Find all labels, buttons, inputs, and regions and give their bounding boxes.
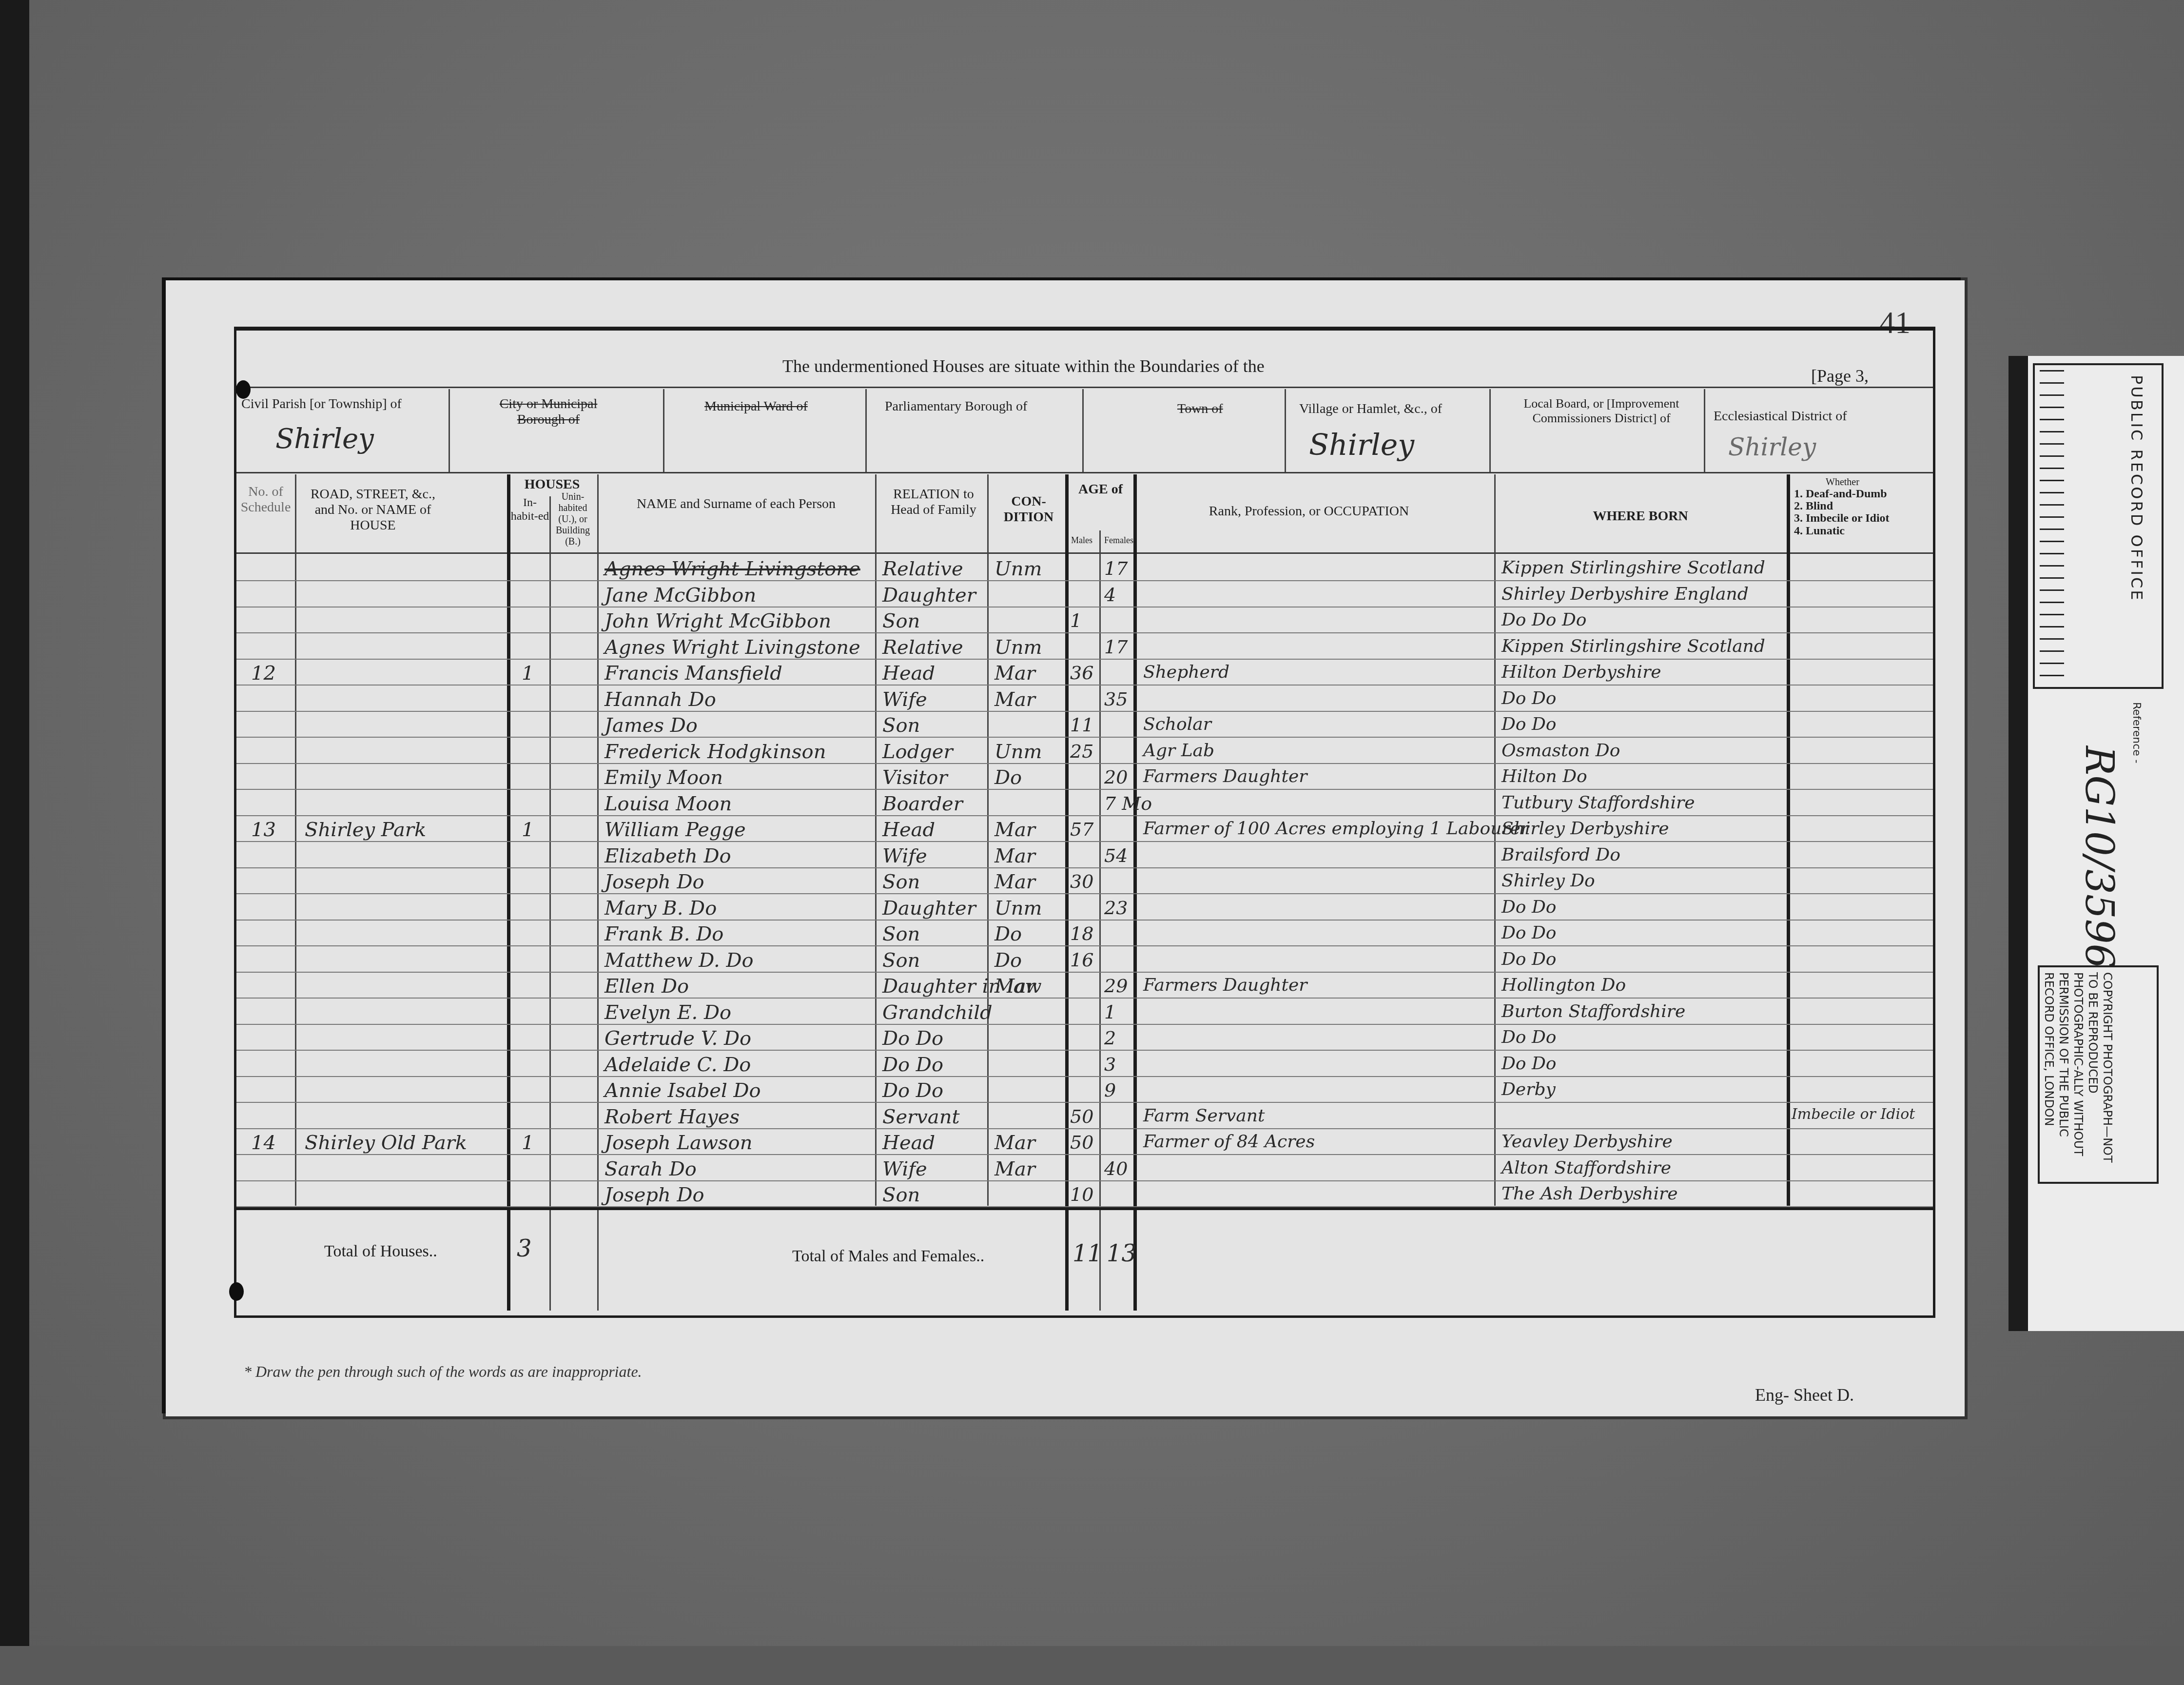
copyright-box: COPYRIGHT PHOTOGRAPH—NOT TO BE REPRODUCE… xyxy=(2038,965,2159,1184)
cell-inhabited: 1 xyxy=(522,662,534,685)
cell-male: 50 xyxy=(1070,1106,1093,1127)
cell-born: Derby xyxy=(1501,1079,1556,1099)
table-row: Matthew D. DoSonDo16Do Do xyxy=(236,946,1933,972)
page-label: [Page 3, xyxy=(1811,366,1869,386)
infirmity-item: 1. Deaf-and-Dumb xyxy=(1794,488,1890,500)
cell-female: 3 xyxy=(1104,1054,1116,1075)
cell-born: Hilton Derbyshire xyxy=(1501,662,1661,682)
census-rows: Agnes Wright LivingstoneRelativeUnm17Kip… xyxy=(236,555,1933,1208)
cell-name: Emily Moon xyxy=(604,766,723,789)
film-edge xyxy=(0,0,29,1685)
scale-box: PUBLIC RECORD OFFICE xyxy=(2033,363,2164,689)
table-row: Elizabeth DoWifeMar54Brailsford Do xyxy=(236,842,1933,867)
boundary-label-town: Town of xyxy=(1177,401,1223,417)
ruler-icon xyxy=(2040,370,2064,677)
infirmity-item: 4. Lunatic xyxy=(1794,525,1890,537)
card-title: PUBLIC RECORD OFFICE xyxy=(2127,375,2146,602)
cell-female: 29 xyxy=(1104,975,1128,997)
total-males-value: 11 xyxy=(1072,1240,1102,1267)
cell-occupation: Farm Servant xyxy=(1143,1106,1265,1126)
sheet-id: Eng- Sheet D. xyxy=(1755,1385,1854,1405)
cell-name: Francis Mansfield xyxy=(604,662,782,685)
cell-schedule: 13 xyxy=(251,819,276,841)
cell-relation: Relative xyxy=(882,636,963,659)
col-road: ROAD, STREET, &c., and No. or NAME of HO… xyxy=(300,487,446,534)
table-row: Gertrude V. DoDo Do2Do Do xyxy=(236,1024,1933,1050)
cell-schedule: 12 xyxy=(251,662,276,685)
table-row: Mary B. DoDaughterUnm23Do Do xyxy=(236,894,1933,920)
cell-born: Shirley Derbyshire xyxy=(1501,819,1669,839)
cell-relation: Head xyxy=(882,662,935,685)
cell-born: Yeavley Derbyshire xyxy=(1501,1132,1673,1152)
cell-born: Do Do xyxy=(1501,1054,1557,1074)
cell-female: 4 xyxy=(1104,584,1116,606)
table-row: Evelyn E. DoGrandchild1Burton Staffordsh… xyxy=(236,999,1933,1024)
cell-name: Joseph Do xyxy=(604,871,704,893)
cell-name: Annie Isabel Do xyxy=(604,1079,761,1102)
col-houses: HOUSES xyxy=(512,477,592,492)
cell-name: Joseph Do xyxy=(604,1184,704,1206)
table-row: Emily MoonVisitorDo20Farmers DaughterHil… xyxy=(236,764,1933,789)
cell-occupation: Farmer of 100 Acres employing 1 Labourer xyxy=(1143,819,1529,839)
table-row: Sarah DoWifeMar40Alton Staffordshire xyxy=(236,1155,1933,1180)
cell-born: Burton Staffordshire xyxy=(1501,1001,1685,1021)
cell-condition: Mar xyxy=(994,662,1035,685)
table-row: Joseph DoSonMar30Shirley Do xyxy=(236,868,1933,893)
title-line: The undermentioned Houses are situate wi… xyxy=(782,356,1265,376)
boundary-label-municipal-borough: City or Municipal Borough of xyxy=(475,396,622,428)
boundary-label-municipal-ward: Municipal Ward of xyxy=(704,399,808,414)
cell-condition: Mar xyxy=(994,871,1035,893)
cell-relation: Son xyxy=(882,610,920,632)
cell-female: 54 xyxy=(1104,845,1128,866)
cell-female: 35 xyxy=(1104,688,1128,710)
cell-relation: Visitor xyxy=(882,766,948,789)
cell-born: Kippen Stirlingshire Scotland xyxy=(1501,558,1765,578)
divider xyxy=(236,1207,1933,1210)
cell-male: 16 xyxy=(1070,949,1093,971)
cell-female: 20 xyxy=(1104,766,1128,788)
footnote: * Draw the pen through such of the words… xyxy=(244,1363,642,1381)
boundary-value-civil-parish: Shirley xyxy=(275,423,374,455)
boundary-value-village: Shirley xyxy=(1309,428,1414,462)
cell-female: 2 xyxy=(1104,1027,1116,1049)
cell-condition: Mar xyxy=(994,819,1035,841)
cell-relation: Son xyxy=(882,714,920,737)
cell-schedule: 14 xyxy=(251,1132,276,1154)
cell-road: Shirley Park xyxy=(305,819,426,841)
cell-name: Mary B. Do xyxy=(604,897,717,920)
cell-name: Sarah Do xyxy=(604,1158,697,1180)
cell-inhabited: 1 xyxy=(522,1132,534,1154)
punch-hole xyxy=(229,1282,244,1301)
table-row: Adelaide C. DoDo Do3Do Do xyxy=(236,1051,1933,1076)
cell-relation: Relative xyxy=(882,558,963,580)
table-row: Frank B. DoSonDo18Do Do xyxy=(236,920,1933,945)
cell-female: 1 xyxy=(1104,1001,1116,1023)
table-row: 13Shirley Park1William PeggeHeadMar57Far… xyxy=(236,816,1933,841)
cell-relation: Do Do xyxy=(882,1079,943,1102)
cell-female: 7 Mo xyxy=(1104,793,1152,814)
cell-occupation: Farmers Daughter xyxy=(1143,975,1307,995)
cell-born: The Ash Derbyshire xyxy=(1501,1184,1678,1204)
cell-relation: Boarder xyxy=(882,793,963,815)
table-row: 121Francis MansfieldHeadMar36ShepherdHil… xyxy=(236,659,1933,685)
cell-relation: Head xyxy=(882,819,935,841)
col-males: Males xyxy=(1071,535,1092,546)
col-name: NAME and Surname of each Person xyxy=(600,496,873,512)
cell-condition: Mar xyxy=(994,688,1035,711)
cell-born: Tutbury Staffordshire xyxy=(1501,793,1695,813)
cell-road: Shirley Old Park xyxy=(305,1132,467,1154)
boundary-label-civil-parish: Civil Parish [or Township] of xyxy=(241,396,402,412)
col-inhabited: In-habit-ed xyxy=(510,496,549,523)
cell-male: 30 xyxy=(1070,871,1093,892)
cell-female: 17 xyxy=(1104,558,1128,579)
cell-name: William Pegge xyxy=(604,819,746,841)
boundary-label-local-board: Local Board, or [Improvement Commissione… xyxy=(1499,396,1704,426)
cell-relation: Head xyxy=(882,1132,935,1154)
cell-male: 1 xyxy=(1070,610,1082,631)
divider xyxy=(236,552,1933,554)
table-row: James DoSon11ScholarDo Do xyxy=(236,711,1933,737)
divider xyxy=(1704,389,1705,472)
col-females: Females xyxy=(1104,535,1133,546)
census-form: The undermentioned Houses are situate wi… xyxy=(234,327,1935,1318)
cell-condition: Mar xyxy=(994,1132,1035,1154)
cell-name: Jane McGibbon xyxy=(604,584,756,607)
infirmity-item: 3. Imbecile or Idiot xyxy=(1794,512,1890,525)
table-row: Annie Isabel DoDo Do9Derby xyxy=(236,1077,1933,1102)
cell-born: Brailsford Do xyxy=(1501,845,1620,865)
col-relation: RELATION to Head of Family xyxy=(880,487,987,518)
cell-born: Do Do xyxy=(1501,1027,1557,1047)
cell-occupation: Farmer of 84 Acres xyxy=(1143,1132,1315,1152)
cell-occupation: Farmers Daughter xyxy=(1143,766,1307,786)
table-row: Agnes Wright LivingstoneRelativeUnm17Kip… xyxy=(236,555,1933,580)
cell-female: 40 xyxy=(1104,1158,1128,1179)
cell-name: Evelyn E. Do xyxy=(604,1001,731,1024)
cell-relation: Son xyxy=(882,923,920,945)
cell-born: Do Do xyxy=(1501,688,1557,708)
col-where-born: WHERE BORN xyxy=(1499,509,1782,524)
cell-born: Shirley Do xyxy=(1501,871,1595,891)
cell-male: 10 xyxy=(1070,1184,1093,1205)
col-uninhabited: Unin-habited (U.), or Building (B.) xyxy=(551,491,595,548)
cell-name: Gertrude V. Do xyxy=(604,1027,751,1050)
film-bottom-band xyxy=(0,1646,2184,1685)
cell-male: 11 xyxy=(1070,714,1093,736)
cell-condition: Unm xyxy=(994,558,1042,580)
divider xyxy=(1285,389,1286,472)
cell-name: Frank B. Do xyxy=(604,923,723,945)
table-row: Louisa MoonBoarder7 MoTutbury Staffordsh… xyxy=(236,790,1933,815)
cell-relation: Son xyxy=(882,949,920,972)
cell-condition: Unm xyxy=(994,897,1042,920)
divider xyxy=(448,389,450,472)
col-occupation: Rank, Profession, or OCCUPATION xyxy=(1138,504,1480,519)
table-row: Frederick HodgkinsonLodgerUnm25Agr LabOs… xyxy=(236,738,1933,763)
cell-relation: Wife xyxy=(882,688,927,711)
cell-born: Do Do Do xyxy=(1501,610,1587,630)
cell-born: Hollington Do xyxy=(1501,975,1626,995)
cell-male: 57 xyxy=(1070,819,1093,840)
cell-male: 25 xyxy=(1070,741,1093,762)
cell-condition: Do xyxy=(994,923,1022,945)
divider xyxy=(865,389,867,472)
divider xyxy=(663,389,664,472)
cell-relation: Wife xyxy=(882,1158,927,1180)
table-row: Hannah DoWifeMar35Do Do xyxy=(236,686,1933,711)
cell-born: Shirley Derbyshire England xyxy=(1501,584,1749,604)
cell-born: Do Do xyxy=(1501,897,1557,917)
cell-relation: Lodger xyxy=(882,741,953,763)
cell-name: James Do xyxy=(604,714,698,737)
cell-name: Louisa Moon xyxy=(604,793,732,815)
boundary-value-ecclesiastical: Shirley xyxy=(1728,433,1816,461)
cell-female: 9 xyxy=(1104,1079,1116,1101)
cell-relation: Daughter xyxy=(882,897,976,920)
cell-born: Do Do xyxy=(1501,714,1557,734)
cell-infirmity: Imbecile or Idiot xyxy=(1792,1106,1915,1123)
cell-inhabited: 1 xyxy=(522,819,534,841)
cell-condition: Mar xyxy=(994,845,1035,867)
divider xyxy=(236,472,1933,473)
cell-name: John Wright McGibbon xyxy=(604,610,831,632)
cell-relation: Servant xyxy=(882,1106,959,1128)
cell-relation: Do Do xyxy=(882,1054,943,1076)
total-females-value: 13 xyxy=(1107,1240,1136,1267)
table-row: Ellen DoDaughter in lawMar29Farmers Daug… xyxy=(236,972,1933,998)
col-whether: Whether xyxy=(1826,477,1859,488)
cell-name: Frederick Hodgkinson xyxy=(604,741,826,763)
infirmity-item: 2. Blind xyxy=(1794,500,1890,512)
cell-relation: Daughter xyxy=(882,584,976,607)
cell-name: Ellen Do xyxy=(604,975,689,998)
divider xyxy=(1082,389,1084,472)
cell-occupation: Agr Lab xyxy=(1143,741,1214,761)
total-houses-value: 3 xyxy=(517,1235,532,1262)
cell-female: 23 xyxy=(1104,897,1128,919)
copyright-text: COPYRIGHT PHOTOGRAPH—NOT TO BE REPRODUCE… xyxy=(2040,967,2117,1182)
cell-relation: Son xyxy=(882,871,920,893)
cell-name: Matthew D. Do xyxy=(604,949,754,972)
cell-name: Agnes Wright Livingstone xyxy=(604,558,860,580)
cell-name: Joseph Lawson xyxy=(604,1132,752,1154)
column-headers: No. of Schedule ROAD, STREET, &c., and N… xyxy=(236,474,1933,552)
cell-male: 50 xyxy=(1070,1132,1093,1153)
cell-male: 36 xyxy=(1070,662,1093,684)
cell-born: Kippen Stirlingshire Scotland xyxy=(1501,636,1765,656)
cell-condition: Mar xyxy=(994,1158,1035,1180)
col-infirmity-list: 1. Deaf-and-Dumb 2. Blind 3. Imbecile or… xyxy=(1794,488,1890,537)
cell-condition: Unm xyxy=(994,741,1042,763)
cell-name: Agnes Wright Livingstone xyxy=(604,636,860,659)
cell-name: Hannah Do xyxy=(604,688,716,711)
punch-hole xyxy=(236,380,251,399)
cell-born: Alton Staffordshire xyxy=(1501,1158,1671,1178)
reference-value: RG10/3596 xyxy=(2077,746,2122,968)
table-row: Joseph DoSon10The Ash Derbyshire xyxy=(236,1181,1933,1206)
cell-condition: Do xyxy=(994,766,1022,789)
total-persons-label: Total of Males and Females.. xyxy=(792,1247,984,1266)
cell-name: Adelaide C. Do xyxy=(604,1054,751,1076)
cell-name: Robert Hayes xyxy=(604,1106,740,1128)
cell-relation: Son xyxy=(882,1184,920,1206)
table-row: Jane McGibbonDaughter4Shirley Derbyshire… xyxy=(236,581,1933,607)
cell-condition: Mar xyxy=(994,975,1035,998)
cell-born: Osmaston Do xyxy=(1501,741,1620,761)
cell-born: Do Do xyxy=(1501,949,1557,969)
table-row: Agnes Wright LivingstoneRelativeUnm17Kip… xyxy=(236,633,1933,659)
boundary-label-ecclesiastical: Ecclesiastical District of xyxy=(1714,409,1847,424)
cell-occupation: Scholar xyxy=(1143,714,1211,734)
cell-relation: Grandchild xyxy=(882,1001,993,1024)
boundaries-row: Civil Parish [or Township] of Shirley Ci… xyxy=(236,389,1933,472)
table-row: Robert HayesServant50Farm ServantImbecil… xyxy=(236,1103,1933,1128)
cell-born: Do Do xyxy=(1501,923,1557,943)
reference-card: PUBLIC RECORD OFFICE Reference - RG10/35… xyxy=(2008,356,2184,1331)
col-age: AGE of xyxy=(1068,482,1133,497)
cell-male: 18 xyxy=(1070,923,1093,944)
col-condition: CON-DITION xyxy=(990,494,1068,525)
cell-female: 17 xyxy=(1104,636,1128,658)
boundary-label-parliamentary-borough: Parliamentary Borough of xyxy=(885,399,1027,414)
cell-name: Elizabeth Do xyxy=(604,845,731,867)
cell-relation: Wife xyxy=(882,845,927,867)
total-houses-label: Total of Houses.. xyxy=(324,1242,437,1261)
cell-occupation: Shepherd xyxy=(1143,662,1229,682)
divider xyxy=(236,387,1933,388)
cell-born: Hilton Do xyxy=(1501,766,1587,786)
boundary-label-village: Village or Hamlet, &c., of xyxy=(1299,401,1442,417)
col-schedule: No. of Schedule xyxy=(236,484,295,515)
cell-condition: Unm xyxy=(994,636,1042,659)
reference-label: Reference - xyxy=(2130,702,2143,764)
cell-condition: Do xyxy=(994,949,1022,972)
cell-relation: Do Do xyxy=(882,1027,943,1050)
table-row: 14Shirley Old Park1Joseph LawsonHeadMar5… xyxy=(236,1129,1933,1154)
table-row: John Wright McGibbonSon1Do Do Do xyxy=(236,607,1933,632)
divider xyxy=(1489,389,1491,472)
